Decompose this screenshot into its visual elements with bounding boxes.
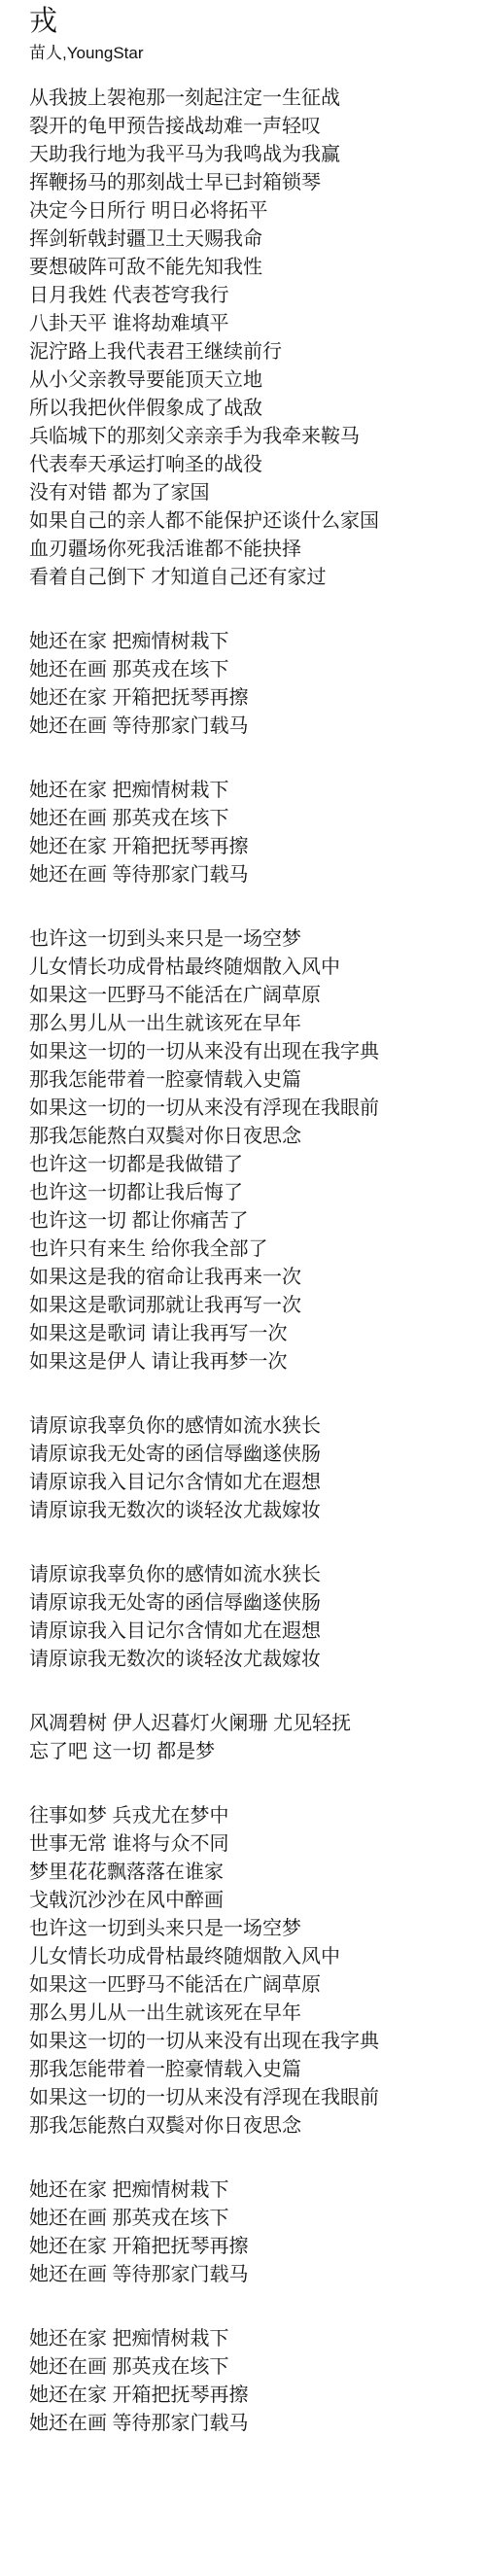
lyric-line: 从小父亲教导要能顶天立地 <box>29 366 467 395</box>
lyric-line: 那我怎能熬白双鬓对你日夜思念 <box>29 1123 467 1151</box>
lyric-line: 请原谅我无数次的谈轻汝尤裁嫁妆 <box>29 1497 467 1525</box>
lyric-line: 代表奉天承运打响圣的战役 <box>29 451 467 479</box>
lyric-line: 她还在画 等待那家门载马 <box>29 2261 467 2289</box>
lyric-line: 她还在家 开箱把抚琴再擦 <box>29 2382 467 2410</box>
lyric-line: 她还在家 把痴情树栽下 <box>29 777 467 805</box>
lyric-line: 如果这是歌词那就让我再写一次 <box>29 1292 467 1320</box>
lyric-line: 从我披上袈袍那一刻起注定一生征战 <box>29 85 467 113</box>
lyric-line: 她还在家 开箱把抚琴再擦 <box>29 833 467 861</box>
lyric-line: 所以我把伙伴假象成了战敌 <box>29 395 467 423</box>
lyric-stanza: 风凋碧树 伊人迟暮灯火阑珊 尤见轻抚忘了吧 这一切 都是梦 <box>29 1710 467 1766</box>
lyric-line: 如果自己的亲人都不能保护还谈什么家国 <box>29 507 467 536</box>
lyric-line: 她还在家 开箱把抚琴再擦 <box>29 2233 467 2261</box>
lyric-line: 兵临城下的那刻父亲亲手为我牵来鞍马 <box>29 423 467 451</box>
lyric-stanza: 她还在家 把痴情树栽下她还在画 那英戎在垓下她还在家 开箱把抚琴再擦她还在画 等… <box>29 628 467 741</box>
lyric-line: 没有对错 都为了家国 <box>29 479 467 507</box>
lyric-line: 也许这一切都是我做错了 <box>29 1151 467 1179</box>
lyric-line: 如果这是歌词 请让我再写一次 <box>29 1320 467 1348</box>
lyric-line: 泥泞路上我代表君王继续前行 <box>29 338 467 366</box>
lyric-line: 往事如梦 兵戎尤在梦中 <box>29 1802 467 1830</box>
lyric-stanza: 也许这一切到头来只是一场空梦儿女情长功成骨枯最终随烟散入风中如果这一匹野马不能活… <box>29 925 467 1376</box>
lyric-line: 她还在画 等待那家门载马 <box>29 2410 467 2438</box>
lyric-line: 要想破阵可敌不能先知我性 <box>29 254 467 282</box>
lyric-line: 裂开的龟甲预告接战劫难一声轻叹 <box>29 113 467 141</box>
lyric-line: 那我怎能带着一腔豪情载入史篇 <box>29 1066 467 1095</box>
lyric-line: 戈戟沉沙沙在风中醉画 <box>29 1887 467 1915</box>
lyric-line: 那我怎能带着一腔豪情载入史篇 <box>29 2056 467 2084</box>
lyric-line: 如果这一匹野马不能活在广阔草原 <box>29 982 467 1010</box>
lyric-line: 请原谅我入目记尔含情如尤在遐想 <box>29 1469 467 1497</box>
lyric-line: 日月我姓 代表苍穹我行 <box>29 282 467 310</box>
lyric-line: 如果这是我的宿命让我再来一次 <box>29 1264 467 1292</box>
lyric-line: 儿女情长功成骨枯最终随烟散入风中 <box>29 954 467 982</box>
song-artist: 苗人,YoungStar <box>29 42 467 65</box>
lyric-line: 也许这一切都让我后悔了 <box>29 1179 467 1207</box>
lyric-line: 她还在画 那英戎在垓下 <box>29 656 467 684</box>
lyric-line: 八卦天平 谁将劫难填平 <box>29 310 467 338</box>
lyric-line: 血刃疆场你死我活谁都不能抉择 <box>29 536 467 564</box>
lyrics-body: 从我披上袈袍那一刻起注定一生征战裂开的龟甲预告接战劫难一声轻叹天助我行地为我平马… <box>29 85 467 2438</box>
lyric-stanza: 往事如梦 兵戎尤在梦中世事无常 谁将与众不同梦里花花飘落落在谁家戈戟沉沙沙在风中… <box>29 1802 467 2141</box>
lyric-stanza: 她还在家 把痴情树栽下她还在画 那英戎在垓下她还在家 开箱把抚琴再擦她还在画 等… <box>29 2325 467 2438</box>
lyric-line: 她还在家 把痴情树栽下 <box>29 2176 467 2205</box>
lyric-line: 她还在画 等待那家门载马 <box>29 861 467 889</box>
lyric-line: 风凋碧树 伊人迟暮灯火阑珊 尤见轻抚 <box>29 1710 467 1738</box>
lyric-line: 儿女情长功成骨枯最终随烟散入风中 <box>29 1943 467 1971</box>
lyric-line: 决定今日所行 明日必将拓平 <box>29 197 467 226</box>
lyric-line: 天助我行地为我平马为我鸣战为我赢 <box>29 141 467 169</box>
lyric-line: 如果这一切的一切从来没有出现在我字典 <box>29 2028 467 2056</box>
lyric-line: 请原谅我辜负你的感情如流水狭长 <box>29 1412 467 1441</box>
lyric-line: 如果这一切的一切从来没有浮现在我眼前 <box>29 1095 467 1123</box>
lyrics-page: 戎 苗人,YoungStar 从我披上袈袍那一刻起注定一生征战裂开的龟甲预告接战… <box>0 0 486 2438</box>
lyric-stanza: 她还在家 把痴情树栽下她还在画 那英戎在垓下她还在家 开箱把抚琴再擦她还在画 等… <box>29 2176 467 2289</box>
lyric-line: 也许这一切到头来只是一场空梦 <box>29 1915 467 1943</box>
lyric-line: 她还在画 那英戎在垓下 <box>29 805 467 833</box>
lyric-line: 她还在家 把痴情树栽下 <box>29 2325 467 2353</box>
lyric-line: 那么男儿从一出生就该死在早年 <box>29 1010 467 1038</box>
lyric-line: 如果这是伊人 请让我再梦一次 <box>29 1348 467 1376</box>
lyric-line: 也许只有来生 给你我全部了 <box>29 1236 467 1264</box>
lyric-line: 那么男儿从一出生就该死在早年 <box>29 2000 467 2028</box>
lyric-line: 挥鞭扬马的那刻战士早已封箱锁琴 <box>29 169 467 197</box>
lyric-line: 忘了吧 这一切 都是梦 <box>29 1738 467 1766</box>
lyric-line: 如果这一切的一切从来没有出现在我字典 <box>29 1038 467 1066</box>
lyric-line: 也许这一切到头来只是一场空梦 <box>29 925 467 954</box>
lyric-line: 她还在画 等待那家门载马 <box>29 713 467 741</box>
lyric-line: 梦里花花飘落落在谁家 <box>29 1859 467 1887</box>
lyric-line: 那我怎能熬白双鬓对你日夜思念 <box>29 2112 467 2141</box>
lyric-stanza: 她还在家 把痴情树栽下她还在画 那英戎在垓下她还在家 开箱把抚琴再擦她还在画 等… <box>29 777 467 889</box>
lyric-line: 她还在家 把痴情树栽下 <box>29 628 467 656</box>
lyric-line: 她还在画 那英戎在垓下 <box>29 2205 467 2233</box>
lyric-line: 她还在家 开箱把抚琴再擦 <box>29 684 467 713</box>
lyric-stanza: 请原谅我辜负你的感情如流水狭长请原谅我无处寄的函信辱幽遂侠肠请原谅我入目记尔含情… <box>29 1561 467 1674</box>
lyric-stanza: 从我披上袈袍那一刻起注定一生征战裂开的龟甲预告接战劫难一声轻叹天助我行地为我平马… <box>29 85 467 592</box>
lyric-line: 她还在画 那英戎在垓下 <box>29 2353 467 2382</box>
lyric-line: 挥剑斩戟封疆卫土天赐我命 <box>29 226 467 254</box>
lyric-line: 请原谅我无处寄的函信辱幽遂侠肠 <box>29 1441 467 1469</box>
song-title: 戎 <box>29 4 467 40</box>
lyric-line: 也许这一切 都让你痛苦了 <box>29 1207 467 1236</box>
lyric-line: 看着自己倒下 才知道自己还有家过 <box>29 564 467 592</box>
lyric-line: 如果这一切的一切从来没有浮现在我眼前 <box>29 2084 467 2112</box>
lyric-stanza: 请原谅我辜负你的感情如流水狭长请原谅我无处寄的函信辱幽遂侠肠请原谅我入目记尔含情… <box>29 1412 467 1525</box>
lyric-line: 请原谅我无处寄的函信辱幽遂侠肠 <box>29 1589 467 1618</box>
lyric-line: 请原谅我辜负你的感情如流水狭长 <box>29 1561 467 1589</box>
lyric-line: 请原谅我无数次的谈轻汝尤裁嫁妆 <box>29 1646 467 1674</box>
lyric-line: 世事无常 谁将与众不同 <box>29 1830 467 1859</box>
lyric-line: 请原谅我入目记尔含情如尤在遐想 <box>29 1618 467 1646</box>
lyric-line: 如果这一匹野马不能活在广阔草原 <box>29 1971 467 2000</box>
